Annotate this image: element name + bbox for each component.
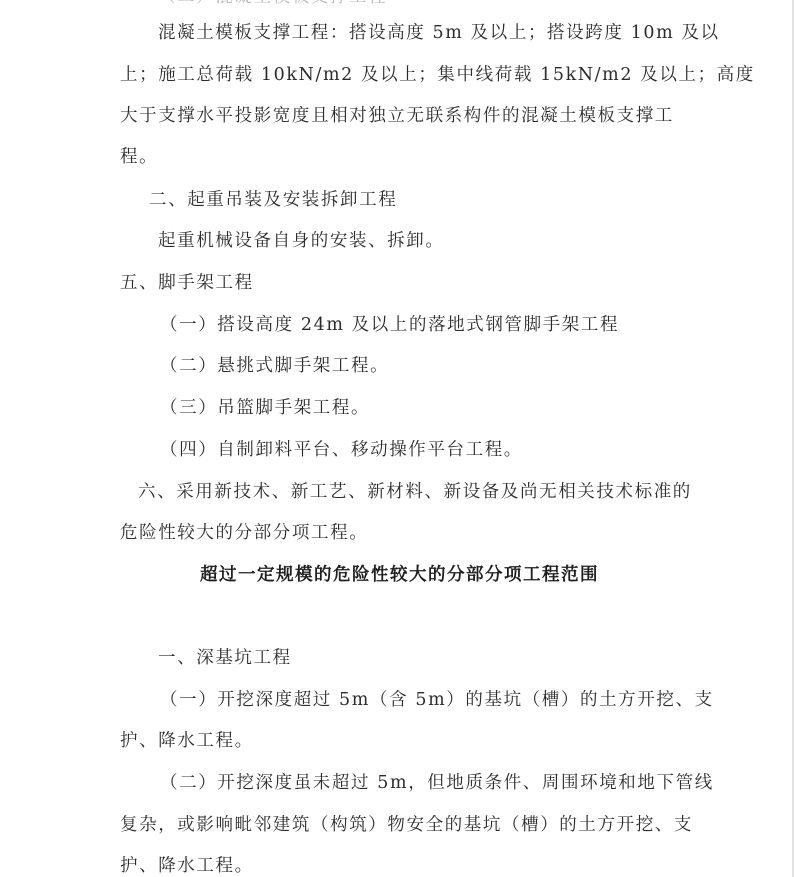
document-page: （二）混凝土模板支撑工程 混凝土模板支撑工程：搭设高度 5m 及以上；搭设跨度 … bbox=[0, 0, 794, 877]
list-item: （二）悬挑式脚手架工程。 bbox=[160, 355, 389, 377]
paragraph-line: 混凝土模板支撑工程：搭设高度 5m 及以上；搭设跨度 10m 及以 bbox=[158, 22, 720, 44]
paragraph-line: 上；施工总荷载 10kN/m2 及以上；集中线荷载 15kN/m2 及以上；高度 bbox=[120, 64, 755, 86]
paragraph-line: 大于支撑水平投影宽度且相对独立无联系构件的混凝土模板支撑工 bbox=[120, 105, 674, 127]
list-item: （一）开挖深度超过 5m（含 5m）的基坑（槽）的土方开挖、支 bbox=[160, 689, 714, 711]
list-item-continuation: 护、降水工程。 bbox=[120, 730, 254, 752]
list-item: （四）自制卸料平台、移动操作平台工程。 bbox=[160, 439, 523, 461]
paragraph-line: 程。 bbox=[120, 146, 158, 168]
section-paragraph: 危险性较大的分部分项工程。 bbox=[120, 522, 368, 544]
section-title: 二、起重吊装及安装拆卸工程 bbox=[149, 189, 397, 211]
list-item-continuation: 护、降水工程。 bbox=[120, 855, 254, 877]
section-title: 一、深基坑工程 bbox=[158, 647, 292, 669]
cut-off-line: （二）混凝土模板支撑工程 bbox=[158, 0, 387, 8]
section-title: 五、脚手架工程 bbox=[120, 272, 254, 294]
list-item: （三）吊篮脚手架工程。 bbox=[160, 397, 370, 419]
list-item-continuation: 复杂，或影响毗邻建筑（构筑）物安全的基坑（槽）的土方开挖、支 bbox=[120, 814, 693, 836]
list-item: （二）开挖深度虽未超过 5m，但地质条件、周围环境和地下管线 bbox=[160, 772, 714, 794]
page-heading: 超过一定规模的危险性较大的分部分项工程范围 bbox=[200, 564, 599, 586]
section-paragraph: 起重机械设备自身的安装、拆卸。 bbox=[158, 230, 445, 252]
section-title: 六、采用新技术、新工艺、新材料、新设备及尚无相关技术标准的 bbox=[138, 481, 692, 503]
list-item: （一）搭设高度 24m 及以上的落地式钢管脚手架工程 bbox=[160, 314, 619, 336]
